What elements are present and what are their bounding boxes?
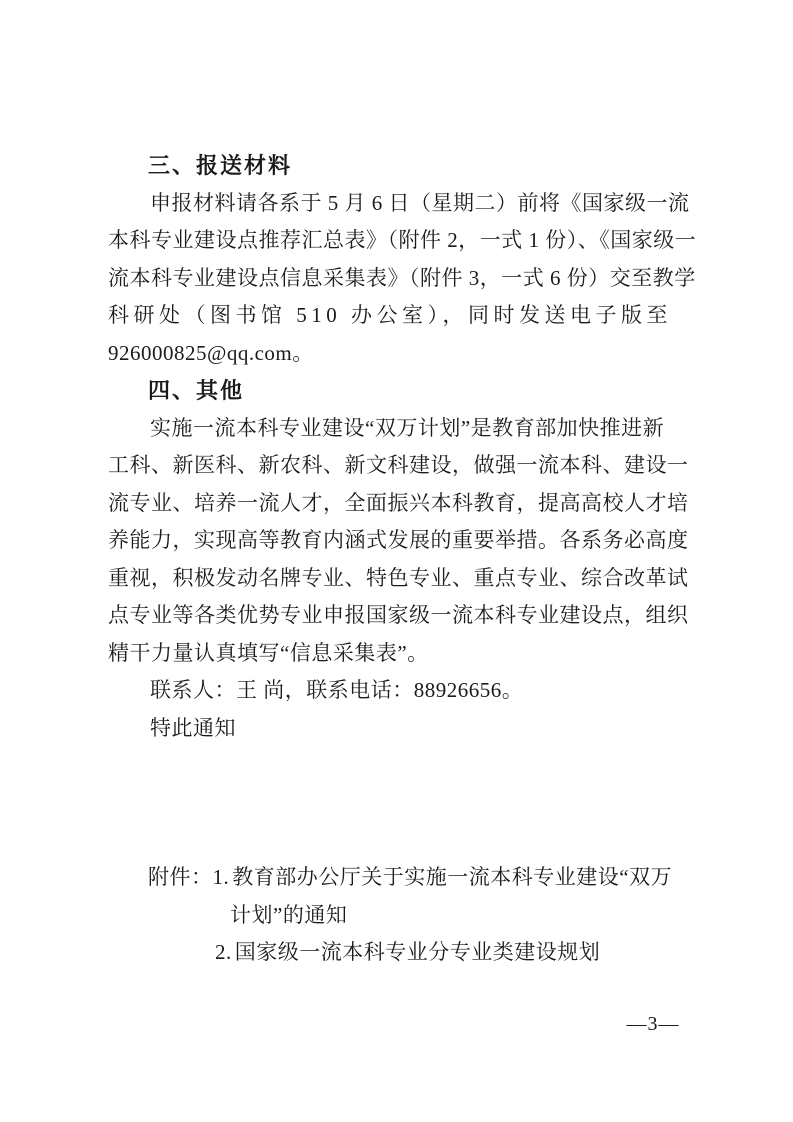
section4-body-line: 精干力量认真填写“信息采集表”。 xyxy=(108,635,686,673)
attachment-1-text: 教育部办公厅关于实施一流本科专业建设“双万 xyxy=(232,865,672,889)
section3-heading: 三、报送材料 xyxy=(108,147,686,185)
section4-body-line: 重视，积极发动名牌专业、特色专业、重点专业、综合改革试 xyxy=(108,560,686,598)
attachment-item-1: 附件：1.教育部办公厅关于实施一流本科专业建设“双万 xyxy=(108,859,686,897)
page-number: —3— xyxy=(618,1009,688,1039)
section4-body-line: 工科、新医科、新农科、新文科建设，做强一流本科、建设一 xyxy=(108,447,686,485)
attachment-2-number: 2. xyxy=(215,940,232,964)
document-content: 三、报送材料 申报材料请各系于 5 月 6 日（星期二）前将《国家级一流 本科专… xyxy=(108,147,686,972)
section3-body-line: 科研处（图书馆 510 办公室），同时发送电子版至 xyxy=(108,297,686,335)
section3-body-line: 本科专业建设点推荐汇总表》（附件 2，一式 1 份）、《国家级一 xyxy=(108,222,686,260)
attachment-2-text: 国家级一流本科专业分专业类建设规划 xyxy=(235,940,601,964)
section4-body-line: 点专业等各类优势专业申报国家级一流本科专业建设点，组织 xyxy=(108,597,686,635)
email-line: 926000825@qq.com。 xyxy=(108,335,686,373)
contact-line: 联系人：王 尚，联系电话：88926656。 xyxy=(108,672,686,710)
section4-body-line: 实施一流本科专业建设“双万计划”是教育部加快推进新 xyxy=(108,410,686,448)
section3-body-line: 申报材料请各系于 5 月 6 日（星期二）前将《国家级一流 xyxy=(108,185,686,223)
section4-heading: 四、其他 xyxy=(108,372,686,410)
attachment-1-number: 1. xyxy=(213,865,230,889)
attachment-1-continuation: 计划”的通知 xyxy=(108,897,686,935)
section4-body-line: 养能力，实现高等教育内涵式发展的重要举措。各系务必高度 xyxy=(108,522,686,560)
attachments-label: 附件： xyxy=(148,865,213,889)
section4-body-line: 流专业、培养一流人才，全面振兴本科教育，提高高校人才培 xyxy=(108,485,686,523)
attachment-item-2: 2.国家级一流本科专业分专业类建设规划 xyxy=(108,934,686,972)
attachments-block: 附件：1.教育部办公厅关于实施一流本科专业建设“双万 计划”的通知 2.国家级一… xyxy=(108,859,686,972)
closing-line: 特此通知 xyxy=(108,710,686,748)
document-page: 三、报送材料 申报材料请各系于 5 月 6 日（星期二）前将《国家级一流 本科专… xyxy=(0,0,793,1122)
section3-body-line: 流本科专业建设点信息采集表》（附件 3，一式 6 份）交至教学 xyxy=(108,260,686,298)
